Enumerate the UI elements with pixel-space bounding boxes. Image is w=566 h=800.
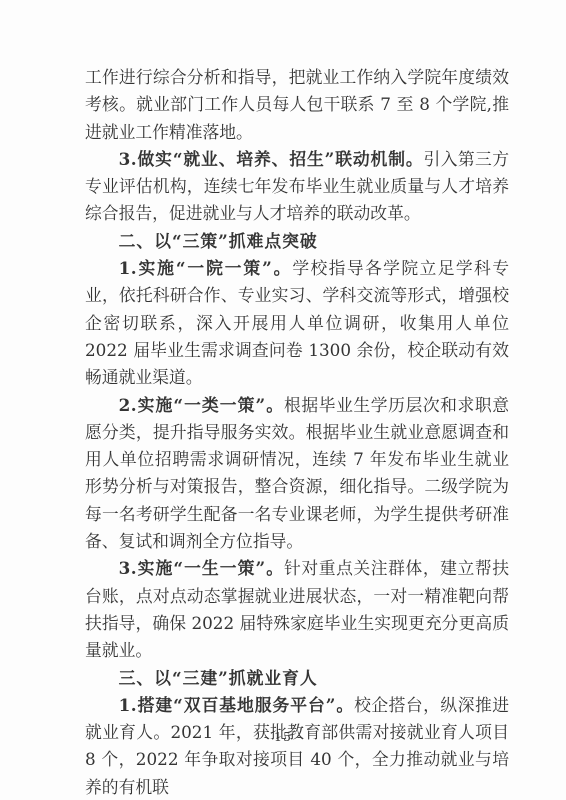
paragraph-lead-bold: 1.实施“一院一策”。: [119, 258, 293, 278]
paragraph-lead-bold: 3.做实“就业、培养、招生”联动机制。: [119, 149, 424, 169]
paragraph: 3.做实“就业、培养、招生”联动机制。引入第三方专业评估机构，连续七年发布毕业生…: [85, 146, 509, 228]
paragraph: 1.实施“一院一策”。学校指导各学院立足学科专业，依托科研合作、专业实习、学科交…: [85, 255, 509, 391]
paragraph-continuation: 工作进行综合分析和指导，把就业工作纳入学院年度绩效考核。就业部门工作人员每人包干…: [85, 64, 509, 146]
paragraph-lead-bold: 2.实施“一类一策”。: [119, 395, 284, 415]
section-heading-3: 三、以“三建”抓就业育人: [85, 665, 509, 692]
paragraph-text: 工作进行综合分析和指导，把就业工作纳入学院年度绩效考核。就业部门工作人员每人包干…: [85, 67, 509, 142]
page-number: - 15 -: [0, 729, 566, 744]
paragraph: 3.实施“一生一策”。针对重点关注群体，建立帮扶台账，点对点动态掌握就业进展状态…: [85, 555, 509, 664]
document-page: 工作进行综合分析和指导，把就业工作纳入学院年度绩效考核。就业部门工作人员每人包干…: [0, 0, 566, 800]
paragraph-lead-bold: 1.搭建“双百基地服务平台”。: [119, 695, 355, 715]
section-heading-2: 二、以“三策”抓难点突破: [85, 228, 509, 255]
paragraph: 2.实施“一类一策”。根据毕业生学历层次和求职意愿分类，提升指导服务实效。根据毕…: [85, 392, 509, 556]
paragraph-text: 根据毕业生学历层次和求职意愿分类，提升指导服务实效。根据毕业生就业意愿调查和用人…: [85, 395, 509, 551]
paragraph-lead-bold: 3.实施“一生一策”。: [119, 558, 284, 578]
paragraph: 1.搭建“双百基地服务平台”。校企搭台，纵深推进就业育人。2021 年，获批教育…: [85, 692, 509, 800]
document-body: 工作进行综合分析和指导，把就业工作纳入学院年度绩效考核。就业部门工作人员每人包干…: [85, 64, 509, 800]
